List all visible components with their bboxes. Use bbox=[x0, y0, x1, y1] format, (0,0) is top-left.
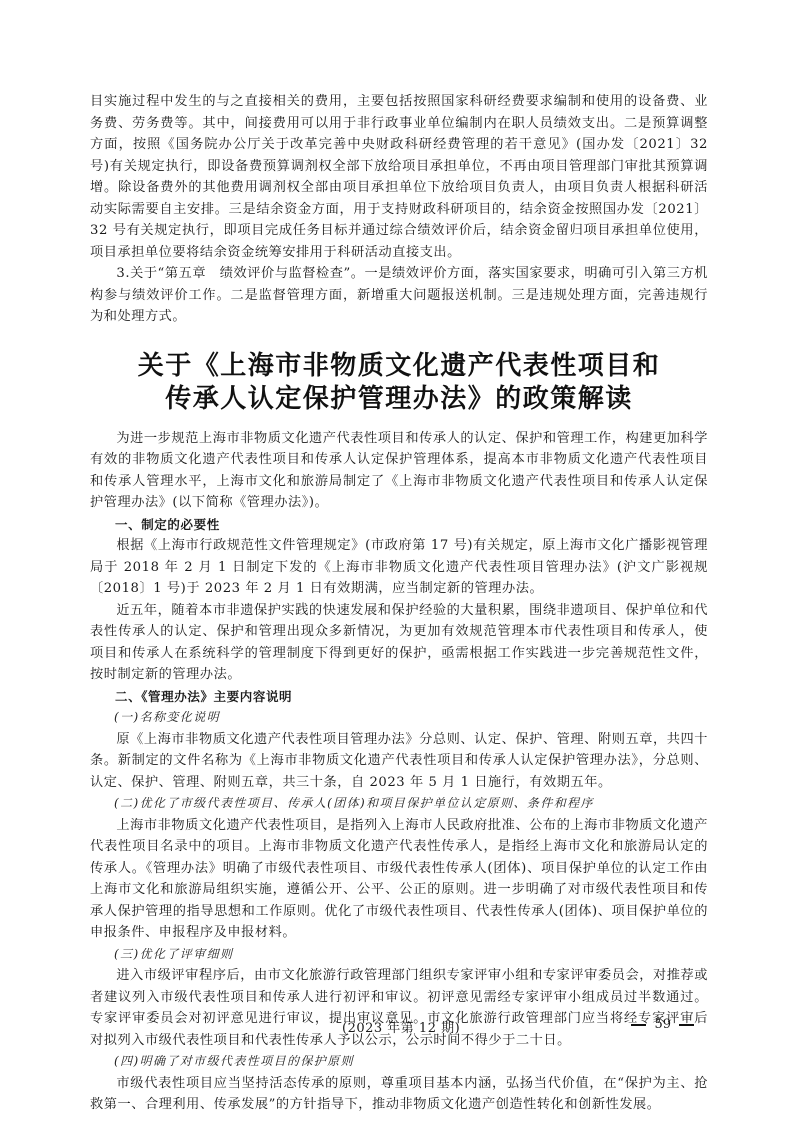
issue-label: (2023 年第 12 期) bbox=[342, 1017, 460, 1036]
dash-right bbox=[679, 1024, 694, 1026]
dash-left bbox=[631, 1024, 646, 1026]
page-number: 59 bbox=[623, 1017, 702, 1032]
prev-article-paragraph: 目实施过程中发生的与之直接相关的费用，主要包括按照国家科研经费要求编制和使用的设… bbox=[90, 91, 708, 263]
page-number-value: 59 bbox=[654, 1017, 671, 1032]
section-heading: 一、制定的必要性 bbox=[90, 514, 708, 536]
section-heading: 二、《管理办法》主要内容说明 bbox=[90, 686, 708, 708]
subsection-paragraph: 原《上海市非物质文化遗产代表性项目管理办法》分总则、认定、保护、管理、附则五章，… bbox=[90, 729, 708, 794]
prev-article-paragraph: 3.关于“第五章 绩效评价与监督检查”。一是绩效评价方面，落实国家要求，明确可引… bbox=[90, 263, 708, 328]
section-paragraph: 根据《上海市行政规范性文件管理规定》(市政府第 17 号)有关规定，原上海市文化… bbox=[90, 535, 708, 600]
subsection-paragraph: 上海市非物质文化遗产代表性项目，是指列入上海市人民政府批准、公布的上海市非物质文… bbox=[90, 815, 708, 944]
section-paragraph: 近五年，随着本市非遗保护实践的快速发展和保护经验的大量积累，围绕非遗项目、保护单… bbox=[90, 600, 708, 686]
article-title-line1: 关于《上海市非物质文化遗产代表性项目和 bbox=[90, 350, 708, 383]
subsection-heading: (四)明确了对市级代表性项目的保护原则 bbox=[90, 1051, 708, 1073]
page-body: 目实施过程中发生的与之直接相关的费用，主要包括按照国家科研经费要求编制和使用的设… bbox=[90, 91, 708, 1116]
article-intro: 为进一步规范上海市非物质文化遗产代表性项目和传承人的认定、保护和管理工作，构建更… bbox=[90, 428, 708, 514]
article-title-line2: 传承人认定保护管理办法》的政策解读 bbox=[90, 383, 708, 416]
subsection-heading: (二)优化了市级代表性项目、传承人(团体)和项目保护单位认定原则、条件和程序 bbox=[90, 793, 708, 815]
page-footer: (2023 年第 12 期) 59 bbox=[90, 1017, 708, 1039]
subsection-paragraph: 市级代表性项目应当坚持活态传承的原则，尊重项目基本内涵，弘扬当代价值，在“保护为… bbox=[90, 1073, 708, 1116]
subsection-heading: (三)优化了评审细则 bbox=[90, 944, 708, 966]
article-title: 关于《上海市非物质文化遗产代表性项目和 传承人认定保护管理办法》的政策解读 bbox=[90, 350, 708, 416]
subsection-heading: (一)名称变化说明 bbox=[90, 707, 708, 729]
